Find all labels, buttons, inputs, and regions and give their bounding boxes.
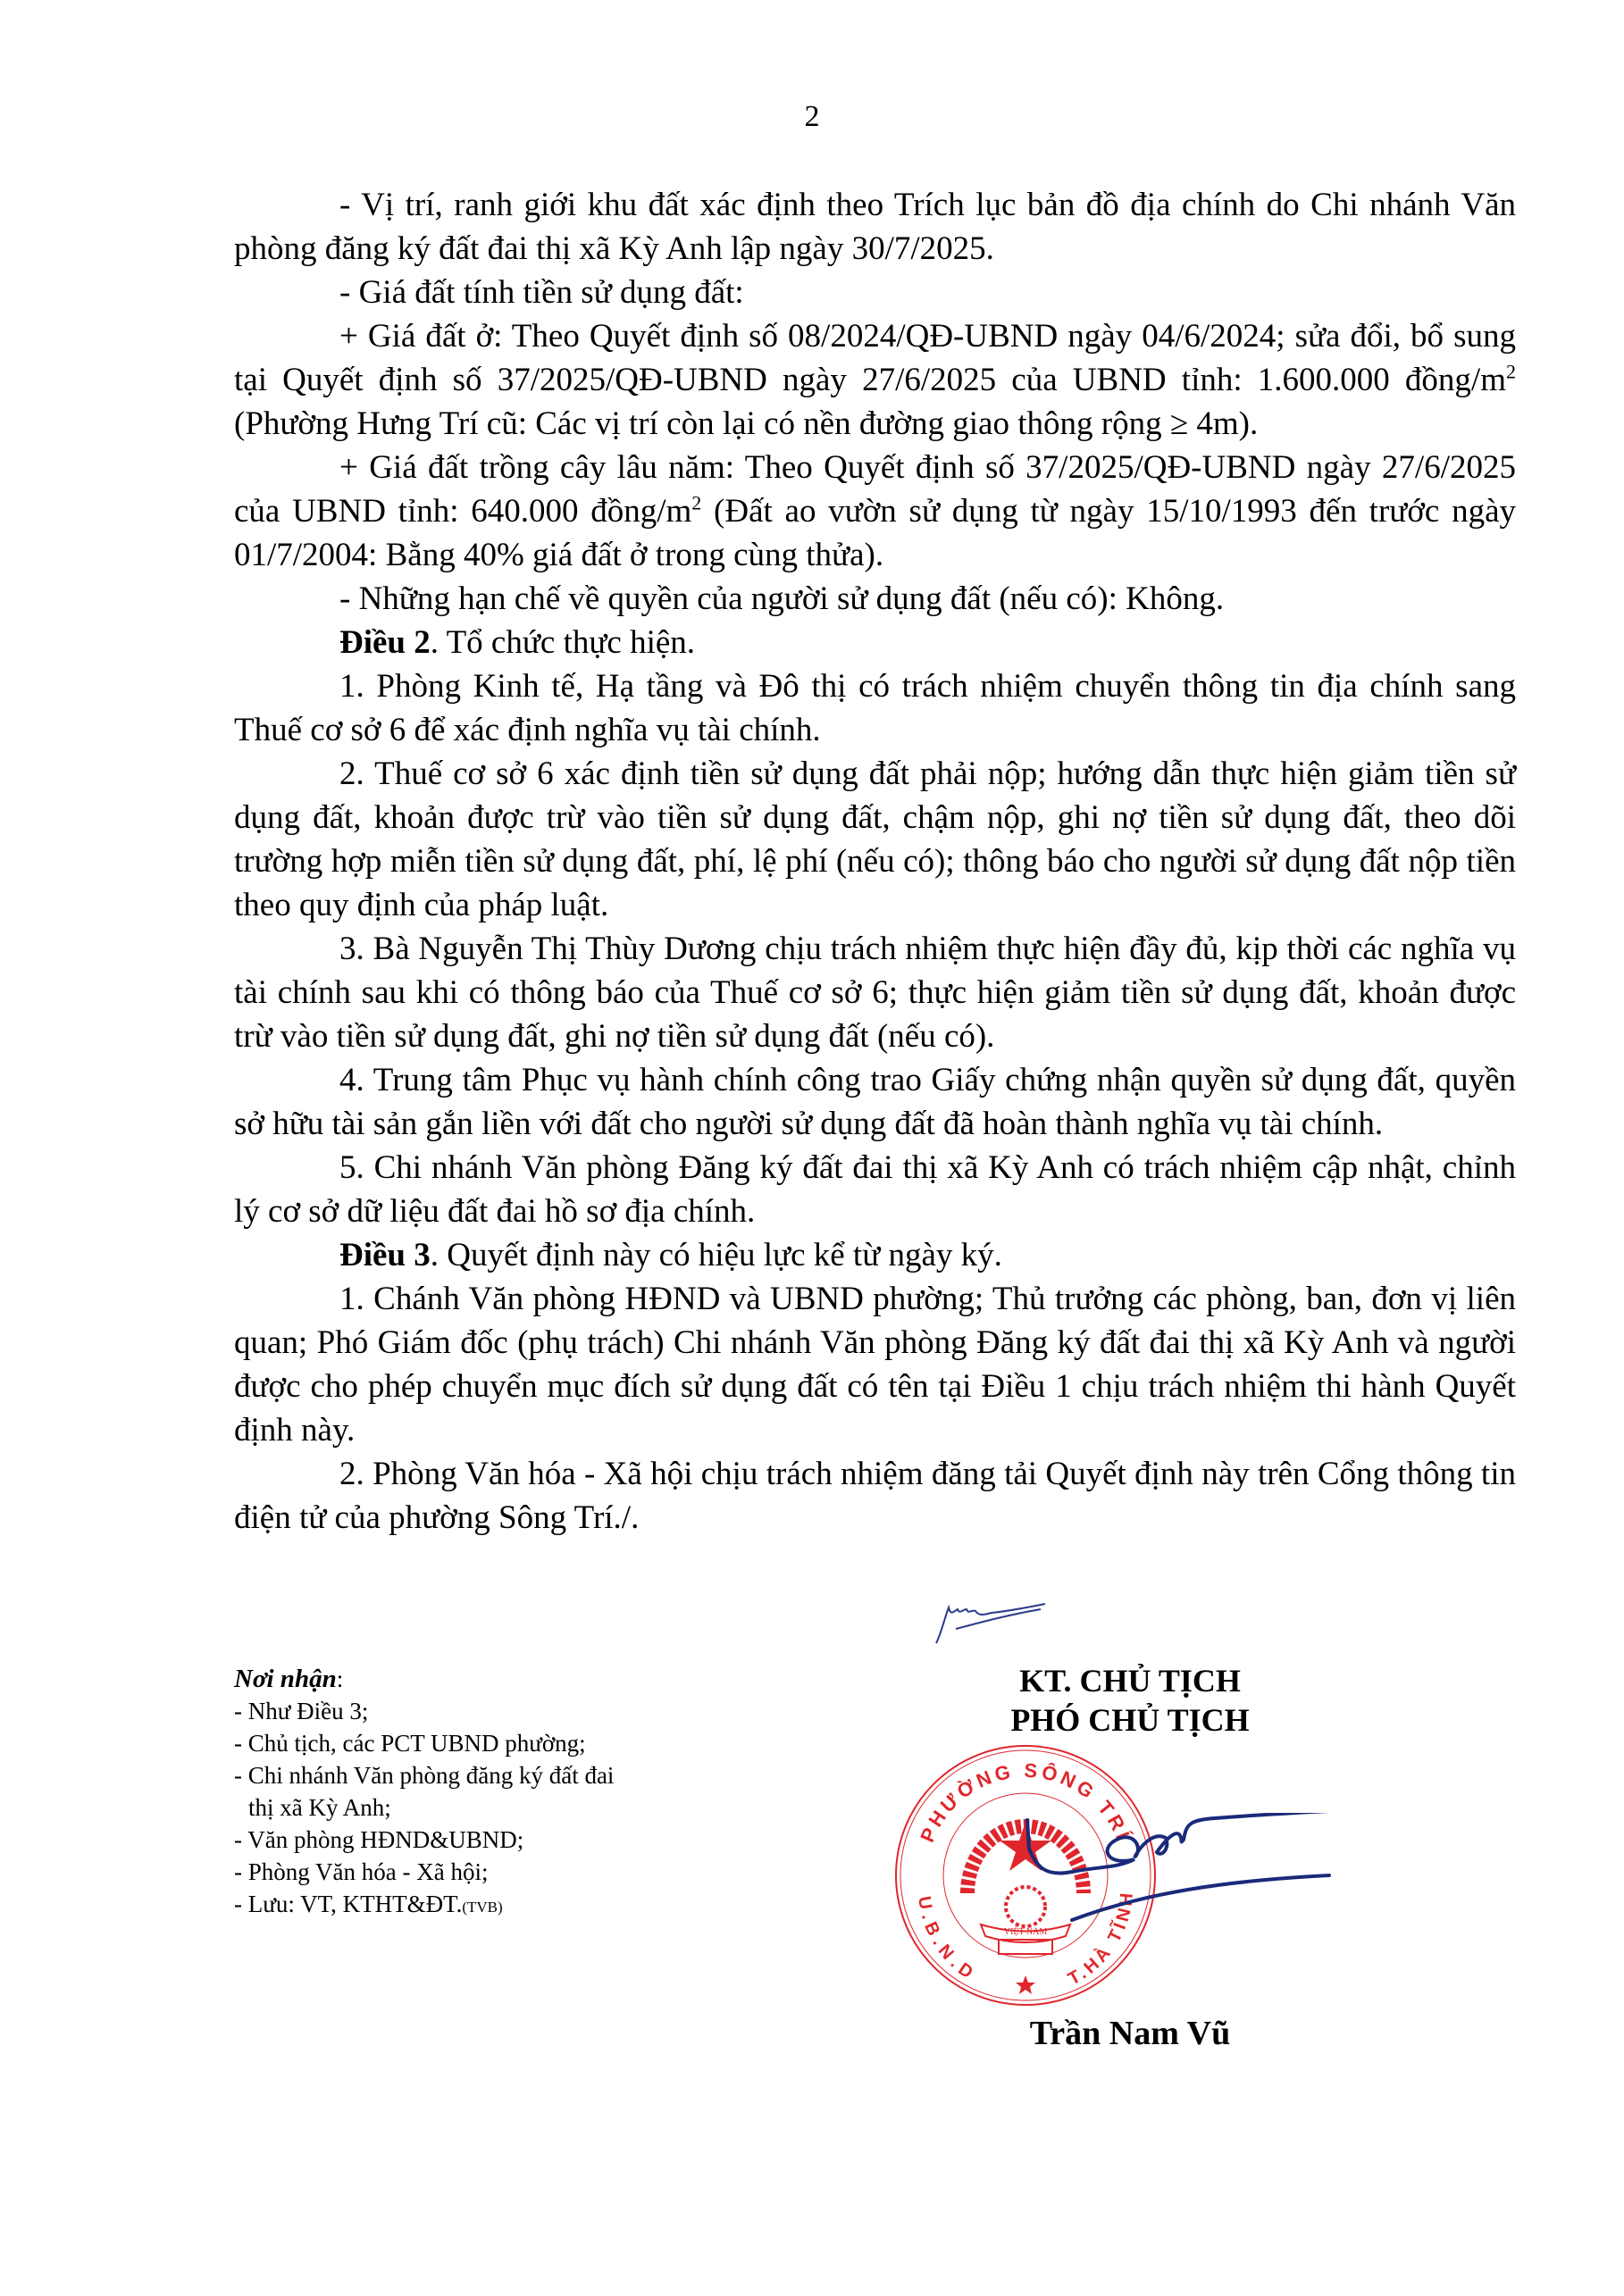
page-number: 2 [0, 100, 1624, 134]
article-heading: Điều 3. Quyết định này có hiệu lực kể từ… [234, 1233, 1516, 1277]
recipient-item: - Lưu: VT, KTHT&ĐT.(TVB) [234, 1888, 752, 1924]
recipient-item: - Phòng Văn hóa - Xã hội; [234, 1856, 752, 1888]
recipients-list: Nơi nhận: - Như Điều 3;- Chủ tịch, các P… [234, 1663, 752, 1924]
body-paragraph: - Giá đất tính tiền sử dụng đất: [234, 271, 1516, 314]
signer-name: Trần Nam Vũ [929, 2014, 1331, 2053]
body-paragraph: + Giá đất trồng cây lâu năm: Theo Quyết … [234, 446, 1516, 577]
recipient-item: - Văn phòng HĐND&UBND; [234, 1824, 752, 1856]
initials-mark [920, 1599, 1054, 1648]
body-paragraph: - Vị trí, ranh giới khu đất xác định the… [234, 183, 1516, 271]
signature-block: KT. CHỦ TỊCH PHÓ CHỦ TỊCH [929, 1661, 1331, 1740]
recipient-item: - Chi nhánh Văn phòng đăng ký đất đai [234, 1759, 752, 1791]
signer-title: PHÓ CHỦ TỊCH [929, 1700, 1331, 1740]
body-paragraph: + Giá đất ở: Theo Quyết định số 08/2024/… [234, 314, 1516, 446]
body-paragraph: 2. Thuế cơ sở 6 xác định tiền sử dụng đấ… [234, 752, 1516, 927]
svg-text:U.B.N.D: U.B.N.D [914, 1895, 981, 1986]
body-paragraph: 1. Chánh Văn phòng HĐND và UBND phường; … [234, 1277, 1516, 1452]
body-paragraph: - Những hạn chế về quyền của người sử dụ… [234, 577, 1516, 621]
signer-authority: KT. CHỦ TỊCH [929, 1661, 1331, 1700]
document-body: - Vị trí, ranh giới khu đất xác định the… [234, 183, 1516, 1540]
body-paragraph: 5. Chi nhánh Văn phòng Đăng ký đất đai t… [234, 1146, 1516, 1233]
recipient-item: - Chủ tịch, các PCT UBND phường; [234, 1727, 752, 1759]
recipient-item: thị xã Kỳ Anh; [234, 1791, 752, 1824]
body-paragraph: 3. Bà Nguyễn Thị Thùy Dương chịu trách n… [234, 927, 1516, 1058]
article-label: Điều 3 [339, 1237, 431, 1273]
article-label: Điều 2 [339, 624, 431, 661]
body-paragraph: 1. Phòng Kinh tế, Hạ tầng và Đô thị có t… [234, 664, 1516, 752]
body-paragraph: 2. Phòng Văn hóa - Xã hội chịu trách nhi… [234, 1452, 1516, 1540]
recipient-item: - Như Điều 3; [234, 1695, 752, 1727]
body-paragraph: 4. Trung tâm Phục vụ hành chính công tra… [234, 1058, 1516, 1146]
handwritten-signature [1009, 1813, 1331, 1938]
recipients-title: Nơi nhận [234, 1665, 337, 1693]
article-heading: Điều 2. Tổ chức thực hiện. [234, 621, 1516, 664]
